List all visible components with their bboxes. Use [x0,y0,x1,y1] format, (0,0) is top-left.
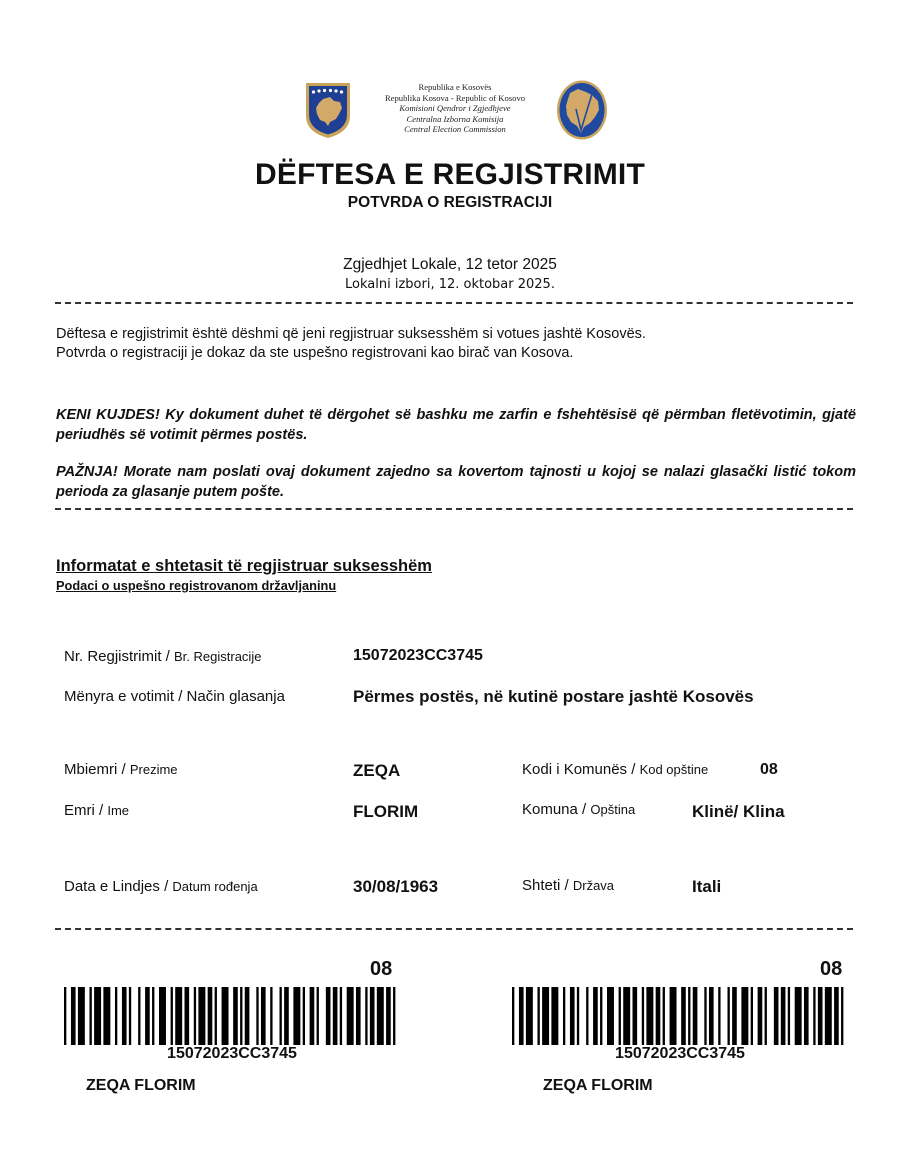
barcode-number: 15072023CC3745 [512,1045,848,1063]
institution-heading: Republika e Kosovës Republika Kosova - R… [360,82,550,135]
surname-value: ZEQA [353,761,400,781]
name-value: FLORIM [353,802,418,822]
barcode-municipality-code: 08 [370,958,392,981]
document-subtitle: POTVRDA O REGISTRACIJI [0,194,900,212]
vote-method-label: Mënyra e votimit / Način glasanja [64,688,285,705]
institution-line: Republika e Kosovës [360,82,550,93]
divider [55,302,853,304]
document-title: DËFTESA E REGJISTRIMIT [0,158,900,192]
barcode-icon [64,987,400,1045]
divider [55,928,853,930]
institution-line: Central Election Commission [360,124,550,135]
kosovo-coat-of-arms-icon [303,80,353,140]
warning-sr: PAŽNJA! Morate nam poslati ovaj dokument… [56,462,856,502]
municipality-code-value: 08 [760,761,778,779]
barcode-number: 15072023CC3745 [64,1045,400,1063]
election-name-sr: Lokalni izbori, 12. oktobar 2025. [0,277,900,292]
institution-line: Komisioni Qendror i Zgjedhjeve [360,103,550,114]
intro-text: Dëftesa e regjistrimit është dëshmi që j… [56,325,646,363]
municipality-code-label: Kodi i Komunës / Kod opštine [522,761,708,778]
divider [55,508,853,510]
barcode-municipality-code: 08 [820,958,842,981]
municipality-value: Klinë/ Klina [692,802,785,822]
reg-no-label: Nr. Regjistrimit / Br. Registracije [64,648,261,665]
reg-no-value: 15072023CC3745 [353,647,483,665]
institution-line: Centralna Izborna Komisija [360,114,550,125]
country-label: Shteti / Država [522,877,614,894]
intro-line-sq: Dëftesa e regjistrimit është dëshmi që j… [56,325,646,344]
name-label: Emri / Ime [64,802,129,819]
barcode-holder-name: ZEQA FLORIM [86,1077,196,1095]
surname-label: Mbiemri / Prezime [64,761,178,778]
vote-method-value: Përmes postës, në kutinë postare jashtë … [353,687,754,707]
election-name-sq: Zgjedhjet Lokale, 12 tetor 2025 [0,256,900,274]
cec-kosovo-map-checkmark-icon [556,79,608,141]
institution-line: Republika Kosova - Republic of Kosovo [360,93,550,104]
birth-date-label: Data e Lindjes / Datum rođenja [64,878,258,895]
birth-date-value: 30/08/1963 [353,877,438,897]
section-subtitle: Podaci o uspešno registrovanom državljan… [56,578,336,593]
municipality-label: Komuna / Opština [522,801,635,818]
country-value: Itali [692,877,721,897]
warning-sq: KENI KUJDES! Ky dokument duhet të dërgoh… [56,405,856,445]
barcode-icon [512,987,848,1045]
section-title: Informatat e shtetasit të regjistruar su… [56,557,432,576]
barcode-holder-name: ZEQA FLORIM [543,1077,653,1095]
intro-line-sr: Potvrda o registraciji je dokaz da ste u… [56,344,646,363]
